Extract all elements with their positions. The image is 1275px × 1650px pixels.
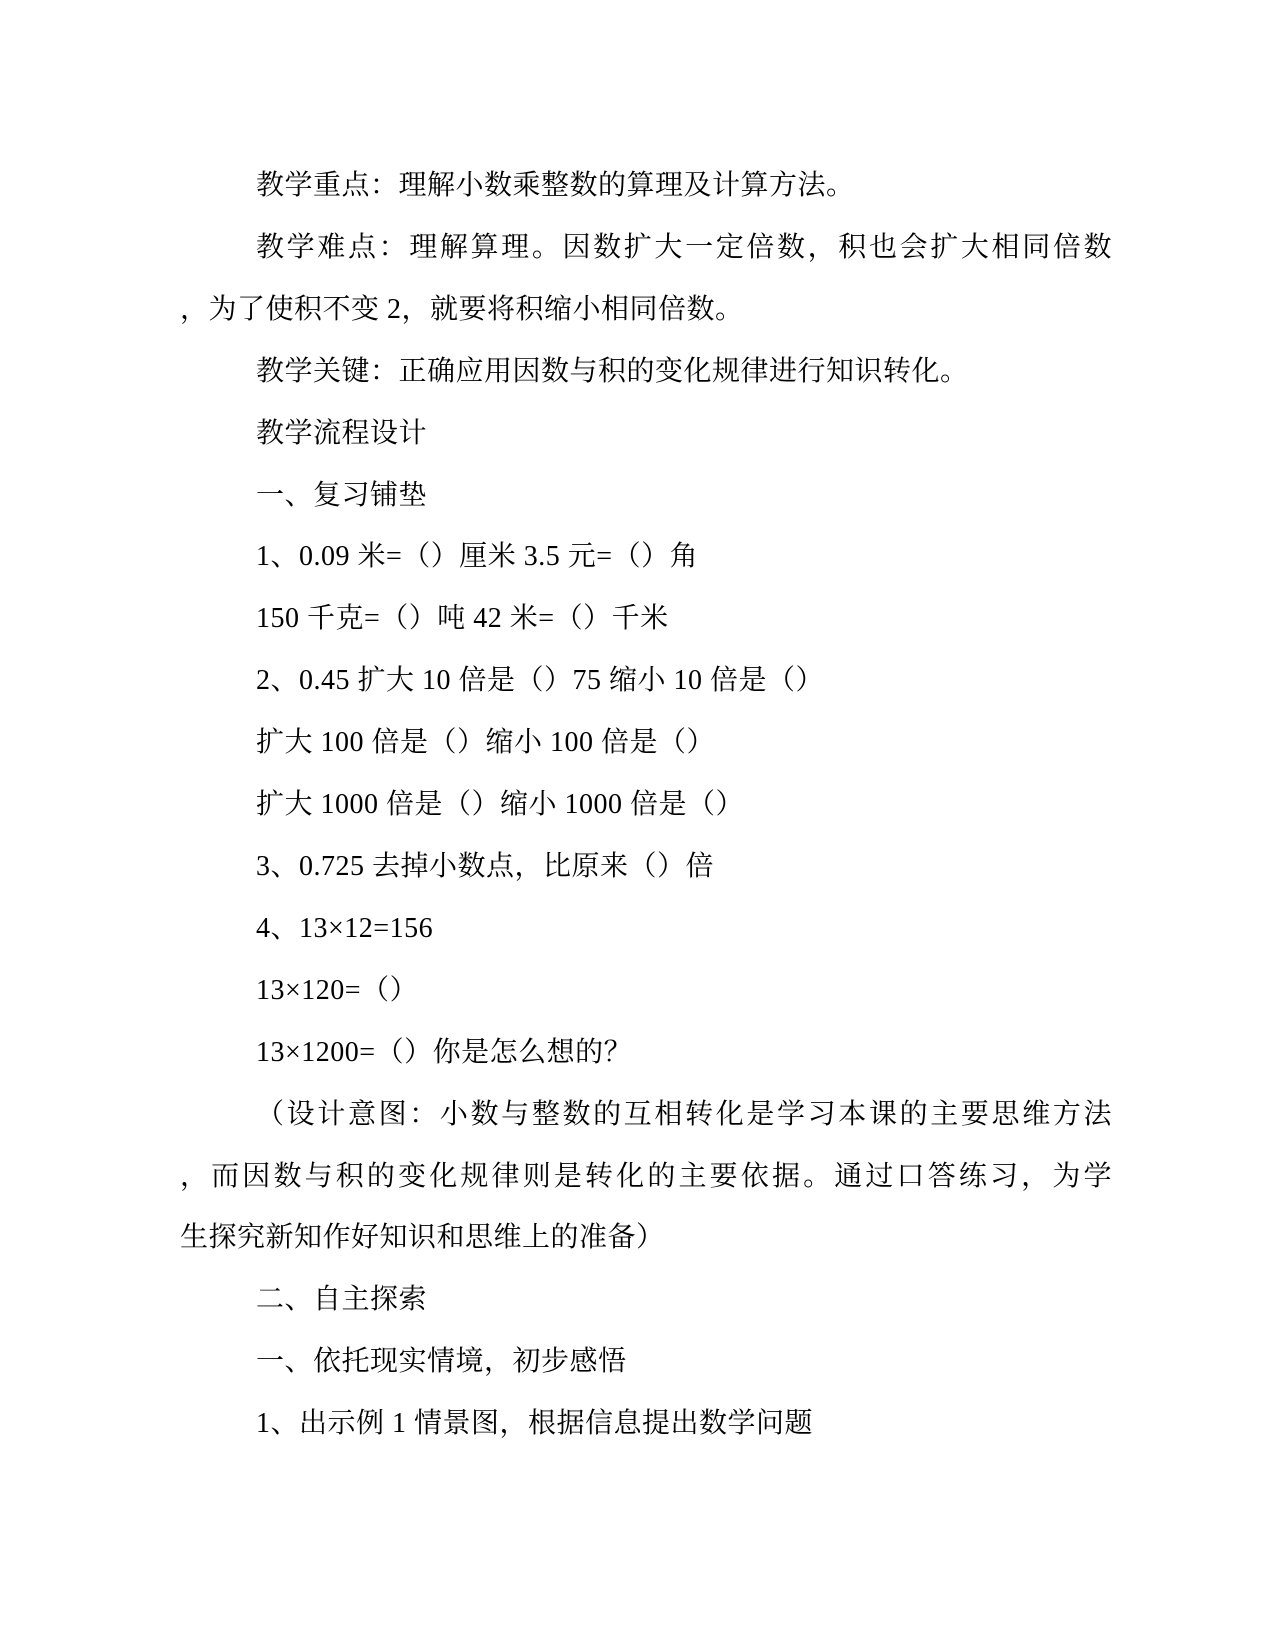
text-line: 2、0.45 扩大 10 倍是（）75 缩小 10 倍是（） [180,650,1112,712]
text-line: ，而因数与积的变化规律则是转化的主要依据。通过口答练习，为学 [180,1146,1112,1208]
document-page: 教学重点：理解小数乘整数的算理及计算方法。教学难点：理解算理。因数扩大一定倍数，… [0,0,1275,1650]
text-line: 生探究新知作好知识和思维上的准备） [180,1207,1112,1269]
text-line: 一、依托现实情境，初步感悟 [180,1331,1112,1393]
text-line: 教学关键：正确应用因数与积的变化规律进行知识转化。 [180,341,1112,403]
text-line: 4、13×12=156 [180,898,1112,960]
text-line: 教学难点：理解算理。因数扩大一定倍数，积也会扩大相同倍数 [180,217,1112,279]
text-line: 二、自主探索 [180,1269,1112,1331]
document-body: 教学重点：理解小数乘整数的算理及计算方法。教学难点：理解算理。因数扩大一定倍数，… [180,155,1112,1455]
text-line: 扩大 100 倍是（）缩小 100 倍是（） [180,712,1112,774]
text-line: 13×120=（） [180,960,1112,1022]
text-line: 扩大 1000 倍是（）缩小 1000 倍是（） [180,774,1112,836]
text-line: 3、0.725 去掉小数点，比原来（）倍 [180,836,1112,898]
text-line: 一、复习铺垫 [180,465,1112,527]
text-line: 教学流程设计 [180,403,1112,465]
text-line: 教学重点：理解小数乘整数的算理及计算方法。 [180,155,1112,217]
text-line: 1、出示例 1 情景图，根据信息提出数学问题 [180,1393,1112,1455]
text-line: 150 千克=（）吨 42 米=（）千米 [180,588,1112,650]
text-line: （设计意图：小数与整数的互相转化是学习本课的主要思维方法 [180,1084,1112,1146]
text-line: ，为了使积不变 2，就要将积缩小相同倍数。 [180,279,1112,341]
text-line: 13×1200=（）你是怎么想的？ [180,1022,1112,1084]
text-line: 1、0.09 米=（）厘米 3.5 元=（）角 [180,526,1112,588]
